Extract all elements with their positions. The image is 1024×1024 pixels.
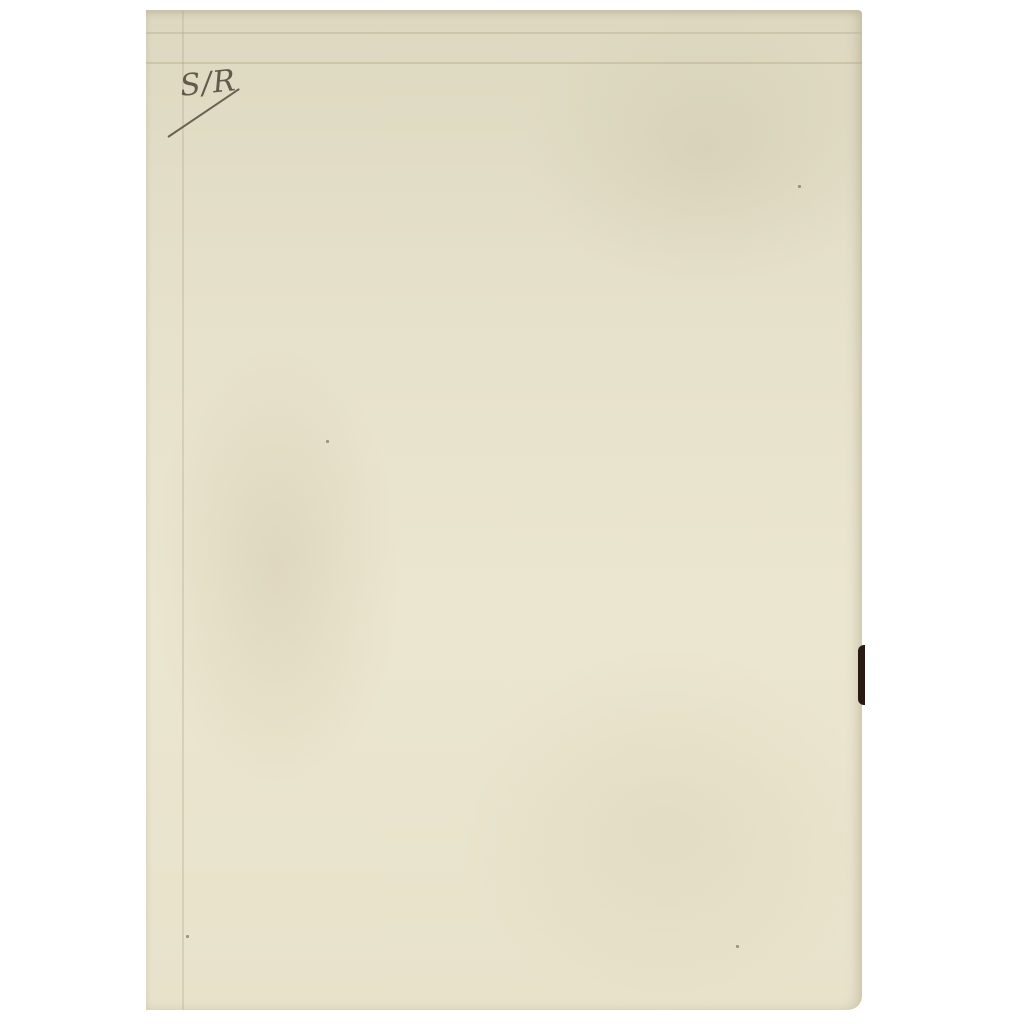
handwritten-note-text: S/R [178, 63, 238, 104]
binding-edge-tab [858, 645, 865, 705]
fold-line [182, 10, 184, 1010]
paper-speck [798, 185, 801, 188]
paper-speck [326, 440, 329, 443]
paper-speck [186, 935, 189, 938]
paper-speck [736, 945, 739, 948]
cover-page: S/R [146, 10, 862, 1010]
handwritten-annotation: S/R [162, 58, 252, 154]
